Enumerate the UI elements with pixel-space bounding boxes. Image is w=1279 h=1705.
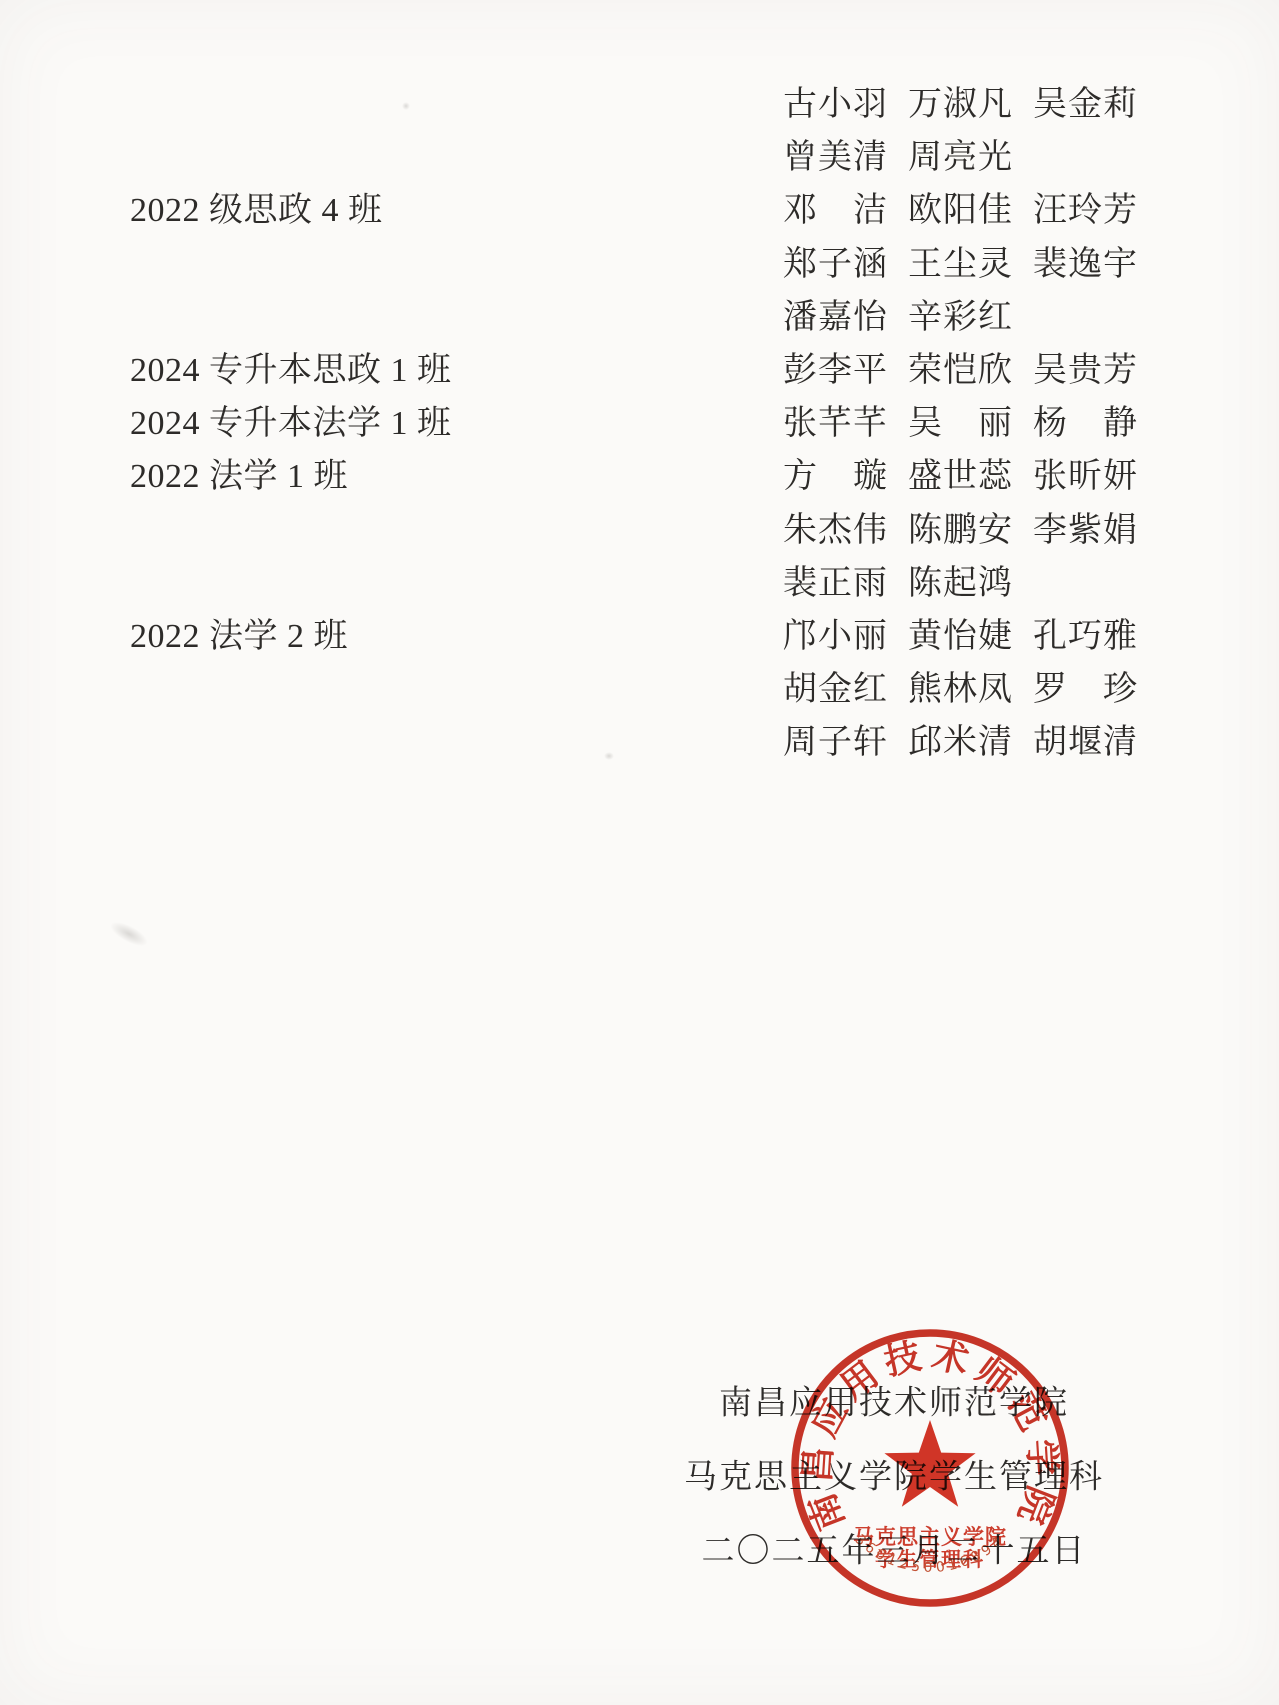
names-line: 朱杰伟陈鹏安李紫娟 (783, 502, 1138, 551)
names-line: 张芊芊吴 丽杨 静 (783, 395, 1138, 444)
student-name: 胡堰清 (1033, 714, 1138, 763)
document-page: 古小羽万淑凡吴金莉 曾美清周亮光 2022 级思政 4 班 邓 洁欧阳佳汪玲芳 … (0, 0, 1279, 1705)
student-name: 朱杰伟 (783, 502, 888, 551)
student-name: 方 璇 (783, 448, 888, 497)
roster-row: 裴正雨陈起鸿 (130, 553, 1138, 606)
names-line: 曾美清周亮光 (783, 129, 1013, 178)
paper-smudge (107, 917, 152, 951)
student-name: 邝小丽 (783, 608, 888, 657)
student-name: 古小羽 (783, 76, 888, 125)
student-name: 荣恺欣 (908, 342, 1013, 391)
student-name: 吴贵芳 (1033, 342, 1138, 391)
roster-row: 郑子涵王尘灵裴逸宇 (130, 234, 1138, 287)
student-name: 陈鹏安 (908, 502, 1013, 551)
roster-row: 曾美清周亮光 (130, 127, 1138, 180)
class-label: 2024 专升本法学 1 班 (130, 395, 783, 444)
student-name: 罗 珍 (1033, 661, 1138, 710)
roster-row: 胡金红熊林凤罗 珍 (130, 659, 1138, 712)
names-line: 古小羽万淑凡吴金莉 (783, 76, 1138, 125)
class-label: 2022 法学 1 班 (130, 448, 783, 497)
class-label: 2024 专升本思政 1 班 (130, 342, 783, 391)
roster-row: 潘嘉怡辛彩红 (130, 287, 1138, 340)
roster-row: 朱杰伟陈鹏安李紫娟 (130, 500, 1138, 553)
student-name: 周亮光 (908, 129, 1013, 178)
student-name: 杨 静 (1033, 395, 1138, 444)
names-line: 彭李平荣恺欣吴贵芳 (783, 342, 1138, 391)
student-name: 曾美清 (783, 129, 888, 178)
student-name: 汪玲芳 (1033, 182, 1138, 231)
class-label: 2022 级思政 4 班 (130, 182, 783, 231)
student-name: 彭李平 (783, 342, 888, 391)
roster-row: 2024 专升本思政 1 班 彭李平荣恺欣吴贵芳 (130, 340, 1138, 393)
student-name: 裴正雨 (783, 555, 888, 604)
student-name: 张芊芊 (783, 395, 888, 444)
student-name: 陈起鸿 (908, 555, 1013, 604)
roster: 古小羽万淑凡吴金莉 曾美清周亮光 2022 级思政 4 班 邓 洁欧阳佳汪玲芳 … (130, 74, 1138, 765)
student-name: 邱米清 (908, 714, 1013, 763)
student-name: 欧阳佳 (908, 182, 1013, 231)
student-name: 李紫娟 (1033, 502, 1138, 551)
names-line: 郑子涵王尘灵裴逸宇 (783, 236, 1138, 285)
roster-row: 2022 级思政 4 班 邓 洁欧阳佳汪玲芳 (130, 180, 1138, 233)
student-name: 郑子涵 (783, 236, 888, 285)
student-name: 吴 丽 (908, 395, 1013, 444)
names-line: 潘嘉怡辛彩红 (783, 289, 1013, 338)
student-name: 裴逸宇 (1033, 236, 1138, 285)
official-seal: 南昌应用技术师范学院 马克思主义学院 学生管理科 3601250016894 (790, 1328, 1070, 1608)
student-name: 张昕妍 (1033, 448, 1138, 497)
names-line: 方 璇盛世蕊张昕妍 (783, 448, 1138, 497)
student-name: 周子轩 (783, 714, 888, 763)
seal-star-icon (884, 1420, 975, 1507)
student-name: 盛世蕊 (908, 448, 1013, 497)
student-name: 潘嘉怡 (783, 289, 888, 338)
student-name: 孔巧雅 (1033, 608, 1138, 657)
roster-row: 2022 法学 2 班 邝小丽黄怡婕孔巧雅 (130, 606, 1138, 659)
roster-row: 2024 专升本法学 1 班 张芊芊吴 丽杨 静 (130, 393, 1138, 446)
student-name: 熊林凤 (908, 661, 1013, 710)
student-name: 辛彩红 (908, 289, 1013, 338)
student-name: 王尘灵 (908, 236, 1013, 285)
roster-row: 周子轩邱米清胡堰清 (130, 712, 1138, 765)
names-line: 周子轩邱米清胡堰清 (783, 714, 1138, 763)
names-line: 邝小丽黄怡婕孔巧雅 (783, 608, 1138, 657)
names-line: 裴正雨陈起鸿 (783, 555, 1013, 604)
student-name: 黄怡婕 (908, 608, 1013, 657)
names-line: 邓 洁欧阳佳汪玲芳 (783, 182, 1138, 231)
roster-row: 2022 法学 1 班 方 璇盛世蕊张昕妍 (130, 446, 1138, 499)
student-name: 万淑凡 (908, 76, 1013, 125)
class-label: 2022 法学 2 班 (130, 608, 783, 657)
student-name: 胡金红 (783, 661, 888, 710)
student-name: 邓 洁 (783, 182, 888, 231)
names-line: 胡金红熊林凤罗 珍 (783, 661, 1138, 710)
student-name: 吴金莉 (1033, 76, 1138, 125)
roster-row: 古小羽万淑凡吴金莉 (130, 74, 1138, 127)
